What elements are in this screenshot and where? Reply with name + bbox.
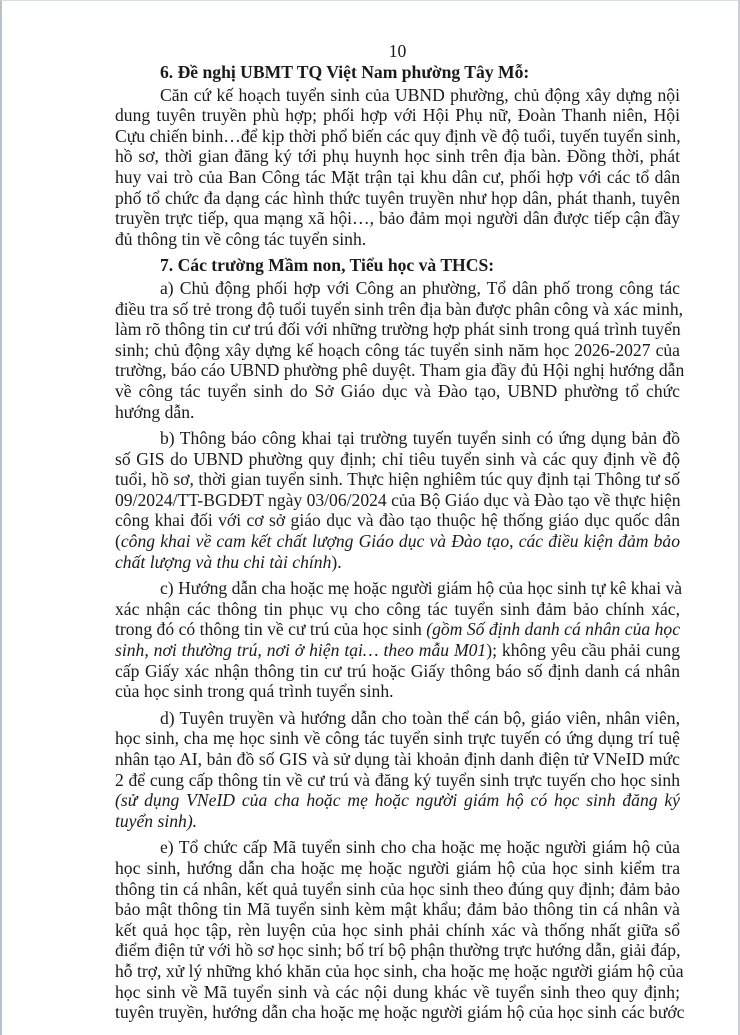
document-page: 10 6. Đề nghị UBMT TQ Việt Nam phường Tâ… [0, 0, 740, 1035]
italic-text-fragment: (gồm Số định danh cá nhân của học [426, 619, 680, 639]
paragraph-e: e) Tổ chức cấp Mã tuyển sinh cho cha hoặ… [115, 837, 680, 1022]
text-line: của học sinh trong quá trình tuyển sinh. [115, 681, 680, 702]
text-line: trường, báo cáo UBND phường phê duyệt. T… [115, 360, 680, 381]
text-line: xác nhận các thông tin phục vụ cho công … [115, 599, 680, 620]
text-line: học sinh, cha mẹ học sinh về công tác tu… [115, 728, 680, 749]
text-line: hồ sơ, thời gian đăng ký tới phụ huynh h… [115, 146, 680, 167]
paragraph-b: b) Thông báo công khai tại trường tuyến … [115, 428, 680, 572]
page-content: 10 6. Đề nghị UBMT TQ Việt Nam phường Tâ… [115, 41, 680, 1029]
italic-text-line: tuyển sinh). [115, 811, 680, 832]
italic-text-fragment: chất lượng và thu chi tài chính [115, 552, 331, 572]
text-line: kết quả học tập, rèn luyện của học sinh … [115, 920, 680, 941]
text-line: e) Tổ chức cấp Mã tuyển sinh cho cha hoặ… [115, 837, 680, 858]
text-line: nhân tạo AI, bản đồ số GIS và sử dụng tà… [115, 749, 680, 770]
text-line: huy vai trò của Ban Công tác Mặt trận tạ… [115, 167, 680, 188]
text-fragment: ); không yêu cầu phải cung [486, 640, 680, 660]
text-line: về công tác tuyển sinh do Sở Giáo dục và… [115, 381, 680, 402]
text-line: trong đó có thông tin về cư trú của học … [115, 619, 680, 640]
text-line: (công khai về cam kết chất lượng Giáo dụ… [115, 531, 680, 552]
text-line: số GIS do UBND phường quy định; chỉ tiêu… [115, 449, 680, 470]
italic-text-fragment: sinh, nơi thường trú, nơi ở hiện tại… th… [115, 640, 486, 660]
text-line: hướng dẫn. [115, 402, 680, 423]
italic-text-line: (sử dụng VNeID của cha hoặc mẹ hoặc ngườ… [115, 790, 680, 811]
section-6-paragraph: Căn cứ kế hoạch tuyển sinh của UBND phườ… [115, 85, 680, 250]
italic-text-fragment: công khai về cam kết chất lượng Giáo dục… [121, 531, 680, 551]
text-line: điểm điện tử với hồ sơ học sinh; bố trí … [115, 940, 680, 961]
text-line: d) Tuyên truyền và hướng dẫn cho toàn th… [115, 708, 680, 729]
text-line: làm rõ thông tin cư trú đối với những tr… [115, 319, 680, 340]
section-6-heading: 6. Đề nghị UBMT TQ Việt Nam phường Tây M… [115, 62, 680, 83]
text-line: cấp Giấy xác nhận thông tin cư trú hoặc … [115, 661, 680, 682]
text-line: sinh; chủ động xây dựng kế hoạch công tá… [115, 340, 680, 361]
text-line: 2 để cung cấp thông tin về cư trú và đăn… [115, 770, 680, 791]
paragraph-d: d) Tuyên truyền và hướng dẫn cho toàn th… [115, 708, 680, 832]
text-line: học sinh, hướng dẫn cha hoặc mẹ hoặc ngư… [115, 858, 680, 879]
text-line: 09/2024/TT-BGDĐT ngày 03/06/2024 của Bộ … [115, 490, 680, 511]
text-line: tuổi, hồ sơ, thời gian tuyển sinh. Thực … [115, 469, 680, 490]
text-line: đủ thông tin về công tác tuyển sinh. [115, 229, 680, 250]
text-line: c) Hướng dẫn cha hoặc mẹ hoặc người giám… [115, 578, 680, 599]
text-line: bảo mật thông tin Mã tuyển sinh kèm mật … [115, 899, 680, 920]
text-line: a) Chủ động phối hợp với Công an phường,… [115, 278, 680, 299]
text-line: b) Thông báo công khai tại trường tuyến … [115, 428, 680, 449]
text-line: dung tuyên truyền phù hợp; phối hợp với … [115, 105, 680, 126]
text-line: Cựu chiến binh…để kịp thời phổ biến các … [115, 126, 680, 147]
paragraph-a: a) Chủ động phối hợp với Công an phường,… [115, 278, 680, 422]
text-line: Căn cứ kế hoạch tuyển sinh của UBND phườ… [115, 85, 680, 106]
text-line: chất lượng và thu chi tài chính). [115, 552, 680, 573]
section-7-heading: 7. Các trường Mầm non, Tiểu học và THCS: [115, 255, 680, 276]
page-number: 10 [115, 41, 680, 62]
text-line: tuyên truyền, hướng dẫn cha hoặc mẹ hoặc… [115, 1002, 680, 1023]
text-line: học sinh về Mã tuyển sinh và các nội dun… [115, 982, 680, 1003]
text-line: công khai đối với cơ sở giáo dục và đào … [115, 510, 680, 531]
text-line: phố tổ chức đa dạng các hình thức tuyên … [115, 188, 680, 209]
text-fragment: trong đó có thông tin về cư trú của học … [115, 619, 426, 639]
text-fragment: ). [331, 552, 341, 572]
text-line: thông tin cá nhân, kết quả tuyển sinh củ… [115, 879, 680, 900]
text-line: điều tra số trẻ trong độ tuổi tuyển sinh… [115, 299, 680, 320]
paragraph-c: c) Hướng dẫn cha hoặc mẹ hoặc người giám… [115, 578, 680, 702]
text-line: sinh, nơi thường trú, nơi ở hiện tại… th… [115, 640, 680, 661]
text-line: hỗ trợ, xử lý những khó khăn của học sin… [115, 961, 680, 982]
text-line: truyền trực tiếp, qua mạng xã hội…, bảo … [115, 208, 680, 229]
